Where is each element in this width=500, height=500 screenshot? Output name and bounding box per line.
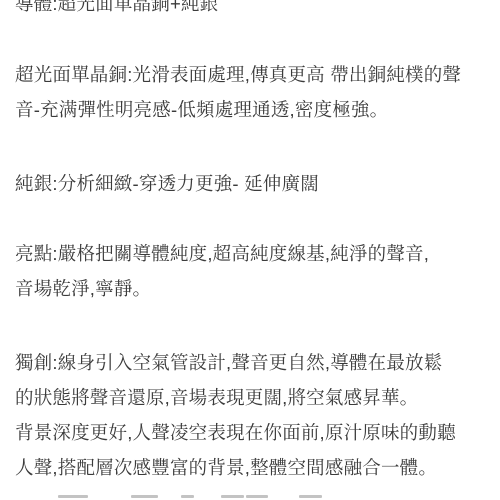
text-line: 人聲,搭配層次感豐富的背景,整體空間感融合一體。: [15, 450, 500, 485]
product-description-page: 導體:超光面單晶銅+純銀超光面單晶銅:光滑表面處理,傳真更高 帶出銅純樸的聲音-…: [0, 0, 500, 500]
text-line: 的狀態將聲音還原,音場表現更闊,將空氣感昇華。: [15, 380, 500, 415]
text-line: 超光面單晶銅:光滑表面處理,傳真更高 帶出銅純樸的聲: [15, 57, 500, 92]
paragraph-original-design-description: 獨創:線身引入空氣管設計,聲音更自然,導體在最放鬆的狀態將聲音還原,音場表現更闊…: [15, 345, 500, 485]
clipped-character-top: [299, 495, 322, 498]
text-line: 亮點:嚴格把關導體純度,超高純度線基,純淨的聲音,: [15, 236, 500, 271]
clipped-character-top: [246, 495, 268, 498]
clipped-character-top: [131, 495, 158, 498]
text-line: 純銀:分析細緻-穿透力更強- 延伸廣闊: [15, 166, 500, 201]
paragraph-copper-description: 超光面單晶銅:光滑表面處理,傳真更高 帶出銅純樸的聲音-充满彈性明亮感-低頻處理…: [15, 57, 500, 127]
clipped-character-top: [181, 495, 194, 498]
clipped-character-top: [58, 495, 88, 498]
paragraph-silver-description: 純銀:分析細緻-穿透力更強- 延伸廣闊: [15, 166, 500, 201]
paragraph-conductor-title: 導體:超光面單晶銅+純銀: [15, 0, 500, 21]
text-line: 獨創:線身引入空氣管設計,聲音更自然,導體在最放鬆: [15, 345, 500, 380]
text-line: 音-充满彈性明亮感-低頻處理通透,密度極強。: [15, 92, 500, 127]
paragraph-highlight-description: 亮點:嚴格把關導體純度,超高純度線基,純淨的聲音,音場乾淨,寧靜。: [15, 236, 500, 306]
text-line: 導體:超光面單晶銅+純銀: [15, 0, 500, 21]
text-line: 背景深度更好,人聲凌空表現在你面前,原汁原味的動聽: [15, 415, 500, 450]
text-line: 音場乾淨,寧靜。: [15, 271, 500, 306]
clipped-character-top: [221, 495, 244, 498]
